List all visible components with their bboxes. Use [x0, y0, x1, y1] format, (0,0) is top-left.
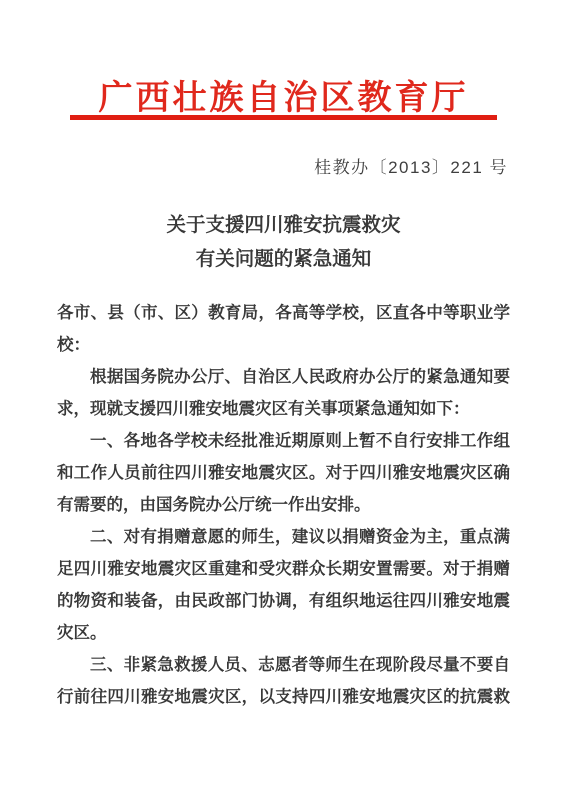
body-line: 求，现就支援四川雅安地震灾区有关事项紧急通知如下： — [57, 393, 510, 425]
document-number: 桂教办〔2013〕221 号 — [314, 153, 508, 178]
document-page: 广西壮族自治区教育厅 桂教办〔2013〕221 号 关于支援四川雅安抗震救灾 有… — [0, 0, 567, 800]
notice-title-line2: 有关问题的紧急通知 — [0, 242, 567, 276]
body-line: 灾区。 — [57, 617, 510, 649]
paragraph-item-3: 三、非紧急救援人员、志愿者等师生在现阶段尽量不要自 行前往四川雅安地震灾区，以支… — [57, 649, 510, 713]
paragraph-addressee: 各市、县（市、区）教育局，各高等学校，区直各中等职业学 校： — [57, 297, 510, 361]
body-line: 和工作人员前往四川雅安地震灾区。对于四川雅安地震灾区确 — [57, 457, 510, 489]
body-line: 有需要的，由国务院办公厅统一作出安排。 — [57, 489, 510, 521]
paragraph-item-2: 二、对有捐赠意愿的师生，建议以捐赠资金为主，重点满 足四川雅安地震灾区重建和受灾… — [57, 521, 510, 649]
paragraph-intro: 根据国务院办公厅、自治区人民政府办公厅的紧急通知要 求，现就支援四川雅安地震灾区… — [57, 361, 510, 425]
paragraph-item-1: 一、各地各学校未经批准近期原则上暂不自行安排工作组 和工作人员前往四川雅安地震灾… — [57, 425, 510, 521]
body-line: 的物资和装备，由民政部门协调，有组织地运往四川雅安地震 — [57, 585, 510, 617]
body-line: 各市、县（市、区）教育局，各高等学校，区直各中等职业学 — [57, 297, 510, 329]
body-line: 三、非紧急救援人员、志愿者等师生在现阶段尽量不要自 — [57, 649, 510, 681]
body-line: 二、对有捐赠意愿的师生，建议以捐赠资金为主，重点满 — [57, 521, 510, 553]
notice-title: 关于支援四川雅安抗震救灾 有关问题的紧急通知 — [0, 208, 567, 276]
body-line: 行前往四川雅安地震灾区，以支持四川雅安地震灾区的抗震救 — [57, 681, 510, 713]
agency-name: 广西壮族自治区教育厅 — [0, 70, 567, 119]
body-line: 一、各地各学校未经批准近期原则上暂不自行安排工作组 — [57, 425, 510, 457]
notice-title-line1: 关于支援四川雅安抗震救灾 — [0, 208, 567, 242]
body-line: 根据国务院办公厅、自治区人民政府办公厅的紧急通知要 — [57, 361, 510, 393]
body-line: 校： — [57, 329, 510, 361]
body-line: 足四川雅安地震灾区重建和受灾群众长期安置需要。对于捐赠 — [57, 553, 510, 585]
red-divider — [70, 115, 497, 120]
notice-body: 各市、县（市、区）教育局，各高等学校，区直各中等职业学 校： 根据国务院办公厅、… — [57, 297, 510, 713]
